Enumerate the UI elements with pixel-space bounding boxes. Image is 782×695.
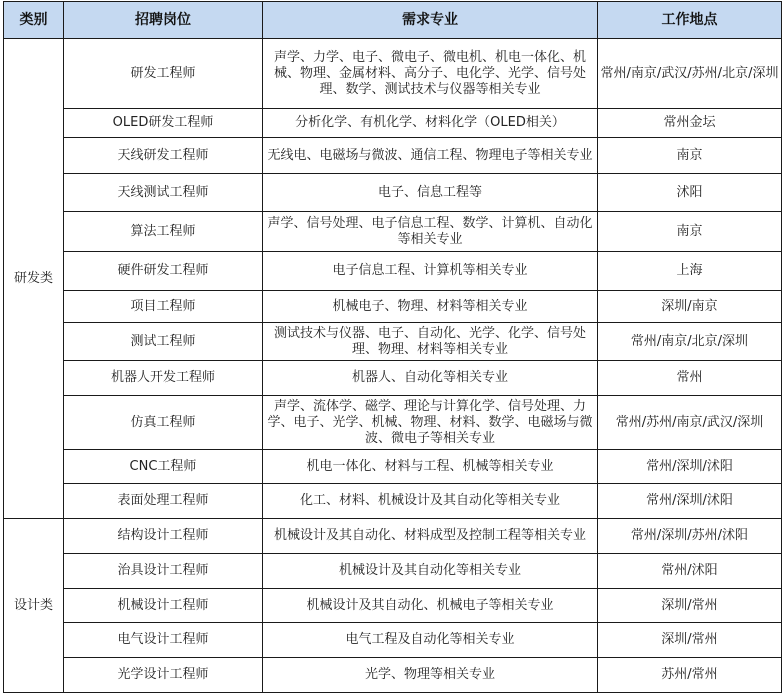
position-cell: 硬件研发工程师 <box>64 252 263 291</box>
table-row: 天线研发工程师无线电、电磁场与微波、通信工程、物理电子等相关专业南京 <box>4 138 782 174</box>
location-cell: 常州/苏州/南京/武汉/深圳 <box>598 396 782 450</box>
table-row: 机器人开发工程师机器人、自动化等相关专业常州 <box>4 361 782 396</box>
major-cell: 测试技术与仪器、电子、自动化、光学、化学、信号处理、物理、材料等相关专业 <box>263 323 598 361</box>
table-row: 治具设计工程师机械设计及其自动化等相关专业常州/沭阳 <box>4 554 782 589</box>
table-row: 硬件研发工程师电子信息工程、计算机等相关专业上海 <box>4 252 782 291</box>
table-row: 电气设计工程师电气工程及自动化等相关专业深圳/常州 <box>4 623 782 658</box>
location-cell: 南京 <box>598 212 782 252</box>
major-cell: 电子信息工程、计算机等相关专业 <box>263 252 598 291</box>
location-cell: 常州 <box>598 361 782 396</box>
position-cell: 算法工程师 <box>64 212 263 252</box>
major-cell: 机械设计及其自动化、机械电子等相关专业 <box>263 589 598 623</box>
table-row: 研发类研发工程师声学、力学、电子、微电子、微电机、机电一体化、机械、物理、金属材… <box>4 39 782 109</box>
major-cell: 分析化学、有机化学、材料化学（OLED相关） <box>263 109 598 138</box>
location-cell: 上海 <box>598 252 782 291</box>
table-row: CNC工程师机电一体化、材料与工程、机械等相关专业常州/深圳/沭阳 <box>4 450 782 484</box>
major-cell: 机械设计及其自动化、材料成型及控制工程等相关专业 <box>263 519 598 554</box>
major-cell: 化工、材料、机械设计及其自动化等相关专业 <box>263 484 598 519</box>
major-cell: 声学、流体学、磁学、理论与计算化学、信号处理、力学、电子、光学、机械、物理、材料… <box>263 396 598 450</box>
position-cell: 天线测试工程师 <box>64 174 263 212</box>
position-cell: 电气设计工程师 <box>64 623 263 658</box>
major-cell: 机器人、自动化等相关专业 <box>263 361 598 396</box>
major-cell: 声学、信号处理、电子信息工程、数学、计算机、自动化等相关专业 <box>263 212 598 252</box>
position-cell: 机器人开发工程师 <box>64 361 263 396</box>
location-cell: 常州/南京/北京/深圳 <box>598 323 782 361</box>
table-row: 项目工程师机械电子、物理、材料等相关专业深圳/南京 <box>4 291 782 323</box>
table-row: 仿真工程师声学、流体学、磁学、理论与计算化学、信号处理、力学、电子、光学、机械、… <box>4 396 782 450</box>
position-cell: 治具设计工程师 <box>64 554 263 589</box>
table-row: 天线测试工程师电子、信息工程等沭阳 <box>4 174 782 212</box>
header-category: 类别 <box>4 2 64 39</box>
header-major: 需求专业 <box>263 2 598 39</box>
location-cell: 深圳/南京 <box>598 291 782 323</box>
major-cell: 机械设计及其自动化等相关专业 <box>263 554 598 589</box>
location-cell: 常州/沭阳 <box>598 554 782 589</box>
position-cell: 表面处理工程师 <box>64 484 263 519</box>
location-cell: 常州/深圳/苏州/沭阳 <box>598 519 782 554</box>
position-cell: 机械设计工程师 <box>64 589 263 623</box>
position-cell: 天线研发工程师 <box>64 138 263 174</box>
table-row: 机械设计工程师机械设计及其自动化、机械电子等相关专业深圳/常州 <box>4 589 782 623</box>
position-cell: 研发工程师 <box>64 39 263 109</box>
location-cell: 深圳/常州 <box>598 589 782 623</box>
position-cell: 光学设计工程师 <box>64 658 263 693</box>
category-cell: 设计类 <box>4 519 64 693</box>
table-row: 测试工程师测试技术与仪器、电子、自动化、光学、化学、信号处理、物理、材料等相关专… <box>4 323 782 361</box>
major-cell: 声学、力学、电子、微电子、微电机、机电一体化、机械、物理、金属材料、高分子、电化… <box>263 39 598 109</box>
location-cell: 苏州/常州 <box>598 658 782 693</box>
position-cell: OLED研发工程师 <box>64 109 263 138</box>
table-row: 算法工程师声学、信号处理、电子信息工程、数学、计算机、自动化等相关专业南京 <box>4 212 782 252</box>
location-cell: 常州/深圳/沭阳 <box>598 450 782 484</box>
location-cell: 南京 <box>598 138 782 174</box>
major-cell: 光学、物理等相关专业 <box>263 658 598 693</box>
location-cell: 沭阳 <box>598 174 782 212</box>
position-cell: 测试工程师 <box>64 323 263 361</box>
position-cell: 结构设计工程师 <box>64 519 263 554</box>
table-row: 光学设计工程师光学、物理等相关专业苏州/常州 <box>4 658 782 693</box>
table-row: 设计类结构设计工程师机械设计及其自动化、材料成型及控制工程等相关专业常州/深圳/… <box>4 519 782 554</box>
location-cell: 常州金坛 <box>598 109 782 138</box>
position-cell: 项目工程师 <box>64 291 263 323</box>
table-row: 表面处理工程师化工、材料、机械设计及其自动化等相关专业常州/深圳/沭阳 <box>4 484 782 519</box>
position-cell: 仿真工程师 <box>64 396 263 450</box>
location-cell: 常州/深圳/沭阳 <box>598 484 782 519</box>
table-body: 研发类研发工程师声学、力学、电子、微电子、微电机、机电一体化、机械、物理、金属材… <box>4 39 782 693</box>
major-cell: 机电一体化、材料与工程、机械等相关专业 <box>263 450 598 484</box>
header-row: 类别 招聘岗位 需求专业 工作地点 <box>4 2 782 39</box>
position-cell: CNC工程师 <box>64 450 263 484</box>
recruitment-table: 类别 招聘岗位 需求专业 工作地点 研发类研发工程师声学、力学、电子、微电子、微… <box>3 1 782 693</box>
major-cell: 电子、信息工程等 <box>263 174 598 212</box>
location-cell: 常州/南京/武汉/苏州/北京/深圳 <box>598 39 782 109</box>
major-cell: 电气工程及自动化等相关专业 <box>263 623 598 658</box>
location-cell: 深圳/常州 <box>598 623 782 658</box>
header-position: 招聘岗位 <box>64 2 263 39</box>
major-cell: 无线电、电磁场与微波、通信工程、物理电子等相关专业 <box>263 138 598 174</box>
table-row: OLED研发工程师分析化学、有机化学、材料化学（OLED相关）常州金坛 <box>4 109 782 138</box>
header-location: 工作地点 <box>598 2 782 39</box>
category-cell: 研发类 <box>4 39 64 519</box>
major-cell: 机械电子、物理、材料等相关专业 <box>263 291 598 323</box>
